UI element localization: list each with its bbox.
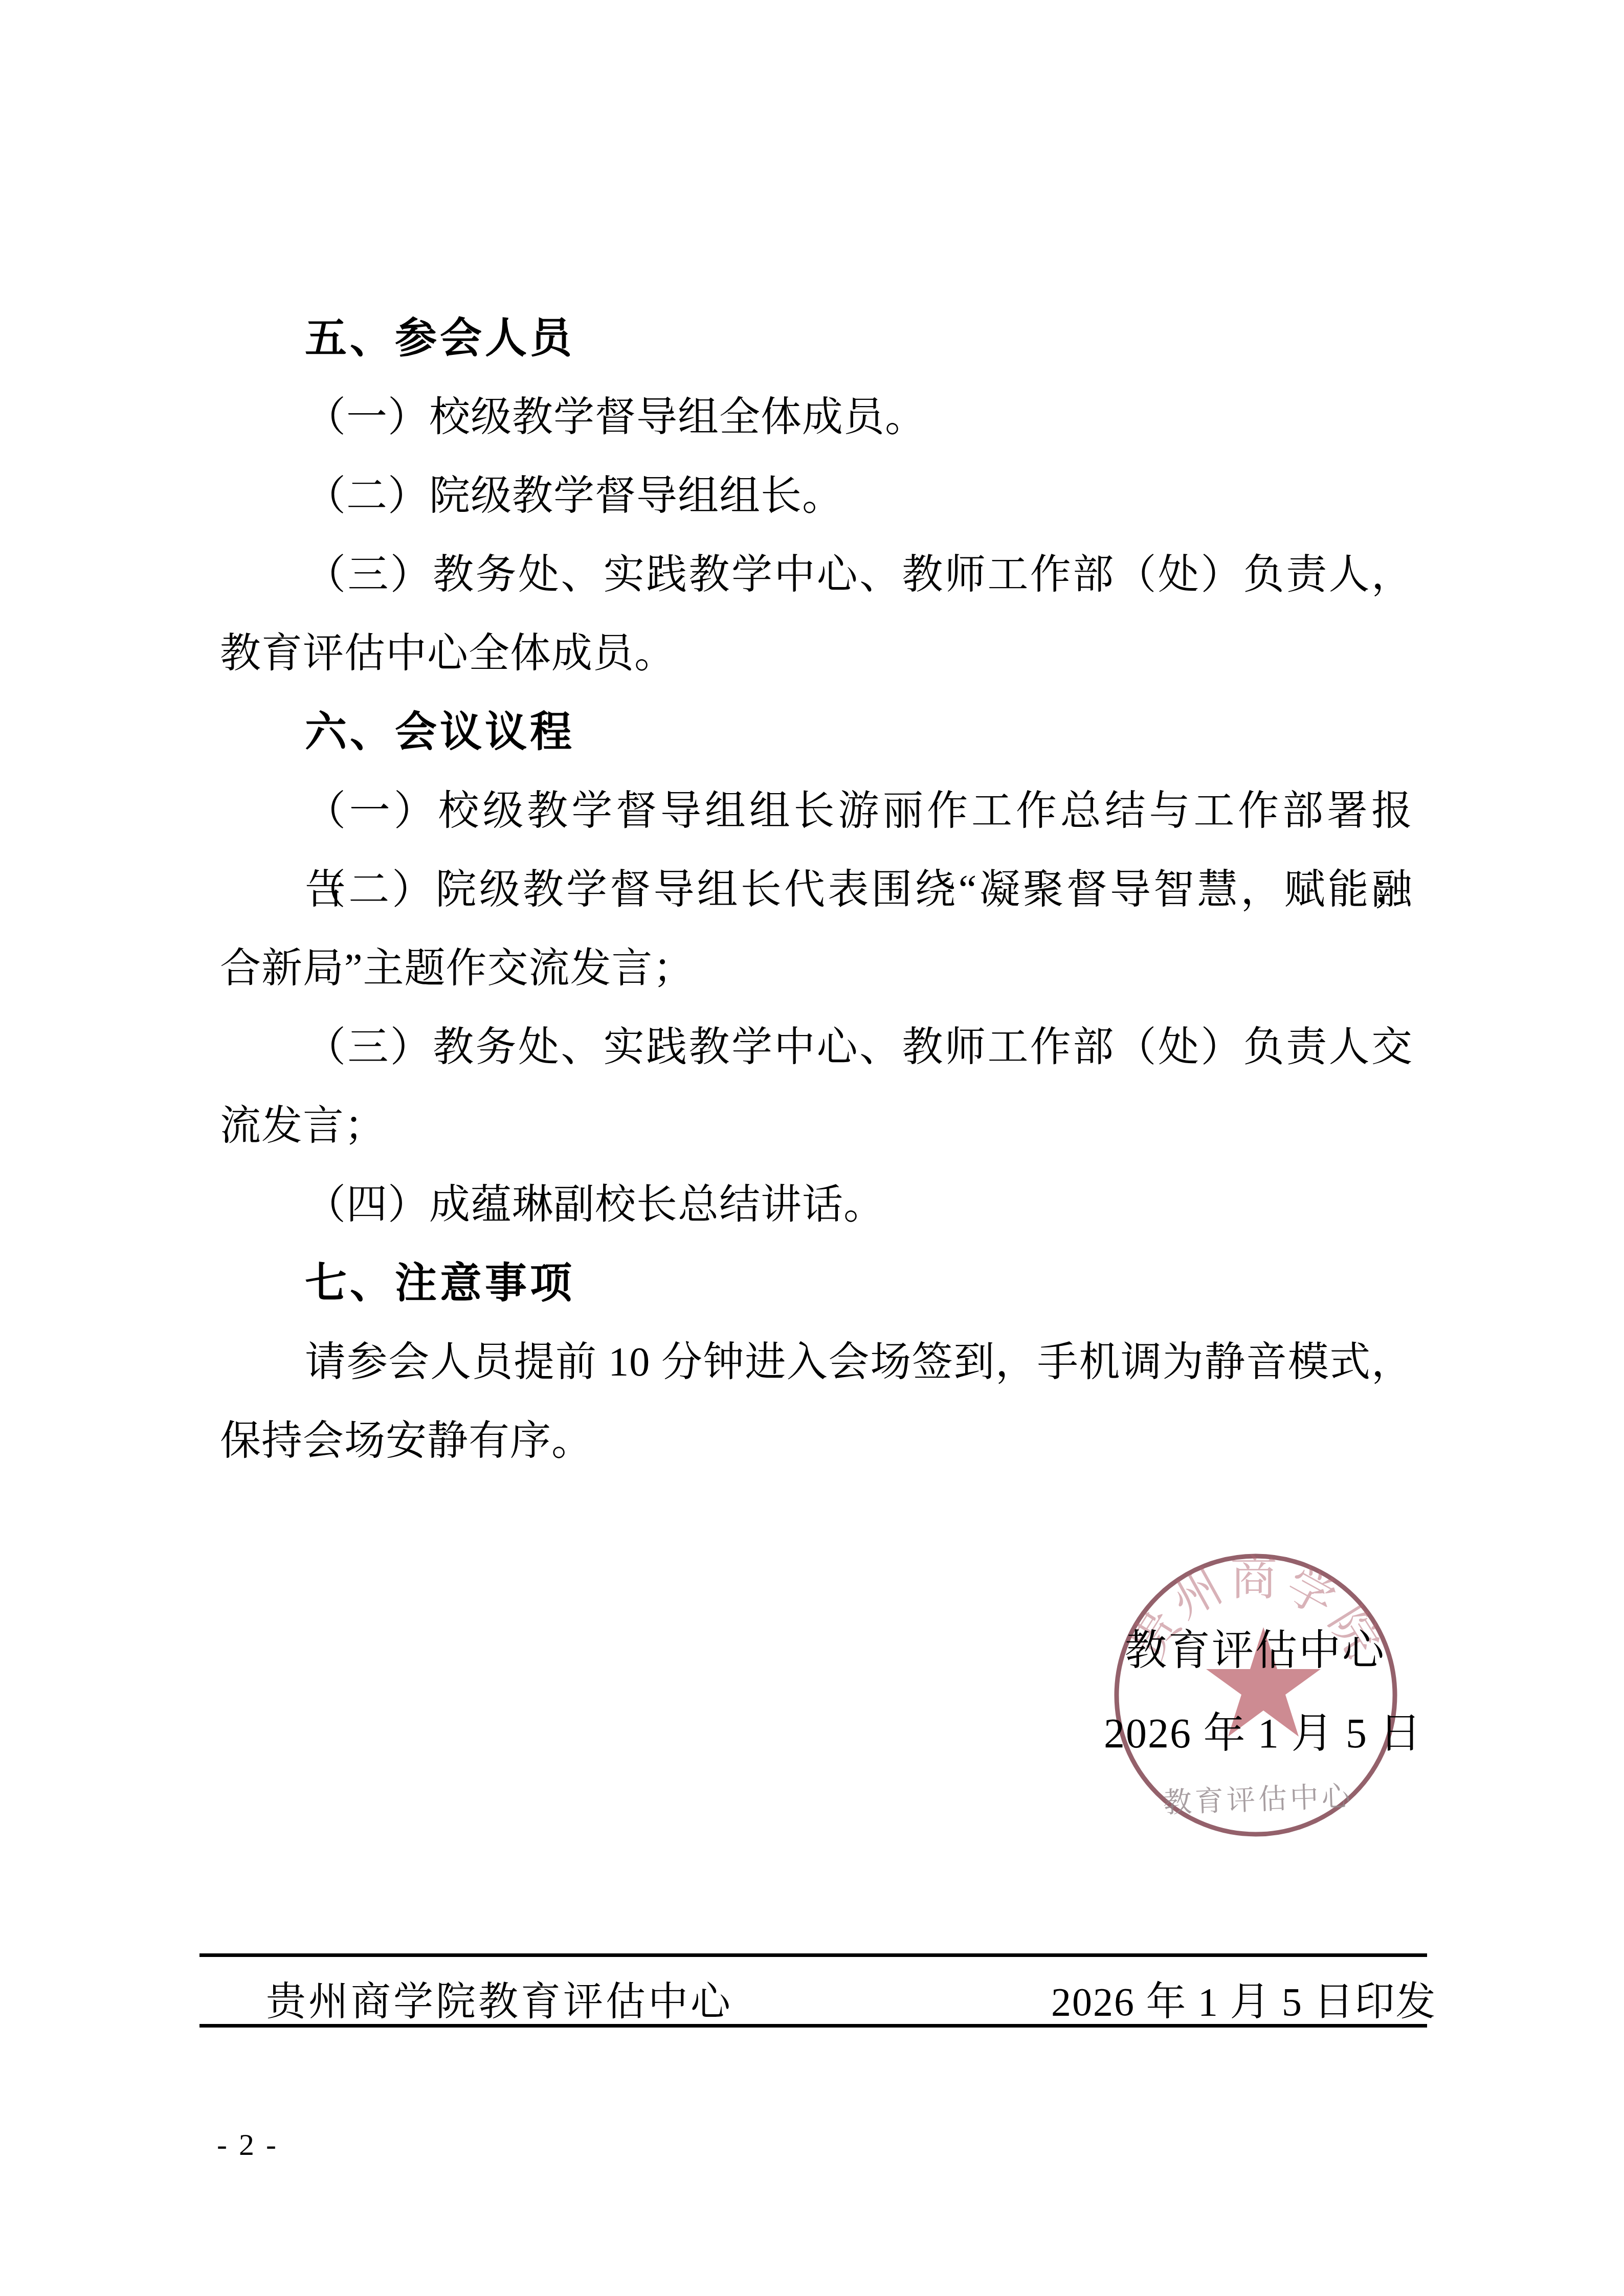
agenda-item-3-cont: 流发言；	[220, 1087, 1413, 1165]
official-seal-stamp: 贵州商学院 教育评估中心	[1107, 1547, 1409, 1849]
heading-section-7: 七、注意事项	[220, 1244, 1413, 1323]
agenda-item-4: （四）成蕴琳副校长总结讲话。	[220, 1165, 1413, 1244]
participants-item-2: （二）院级教学督导组组长。	[220, 457, 1413, 535]
footer-issuer: 贵州商学院教育评估中心	[266, 1970, 733, 2027]
agenda-item-2: （二）院级教学督导组长代表围绕“凝聚督导智慧，赋能融	[220, 850, 1413, 929]
agenda-item-2-cont: 合新局”主题作交流发言；	[220, 929, 1413, 1008]
agenda-item-3: （三）教务处、实践教学中心、教师工作部（处）负责人交	[220, 1008, 1413, 1087]
notes-paragraph-cont: 保持会场安静有序。	[220, 1402, 1413, 1480]
document-body: 五、参会人员 （一）校级教学督导组全体成员。 （二）院级教学督导组组长。 （三）…	[220, 299, 1413, 1480]
signature-date: 2026 年 1 月 5 日	[1104, 1700, 1422, 1760]
participants-item-3-cont: 教育评估中心全体成员。	[220, 614, 1413, 693]
page-number: - 2 -	[217, 2127, 278, 2163]
footer-issue-date: 2026 年 1 月 5 日印发	[1051, 1970, 1437, 2027]
notes-paragraph: 请参会人员提前 10 分钟进入会场签到，手机调为静音模式，	[220, 1323, 1413, 1402]
heading-section-5: 五、参会人员	[220, 299, 1413, 378]
footer-rule-top	[199, 1953, 1427, 1957]
document-page: 五、参会人员 （一）校级教学督导组全体成员。 （二）院级教学督导组组长。 （三）…	[0, 0, 1624, 2296]
participants-item-1: （一）校级教学督导组全体成员。	[220, 378, 1413, 457]
footer-rule-bottom	[199, 2024, 1427, 2028]
heading-section-6: 六、会议议程	[220, 693, 1413, 772]
signature-org: 教育评估中心	[1125, 1617, 1386, 1677]
agenda-item-1: （一）校级教学督导组组长游丽作工作总结与工作部署报告；	[220, 772, 1413, 850]
seal-inner-text: 教育评估中心	[1163, 1781, 1354, 1819]
participants-item-3: （三）教务处、实践教学中心、教师工作部（处）负责人，	[220, 535, 1413, 614]
